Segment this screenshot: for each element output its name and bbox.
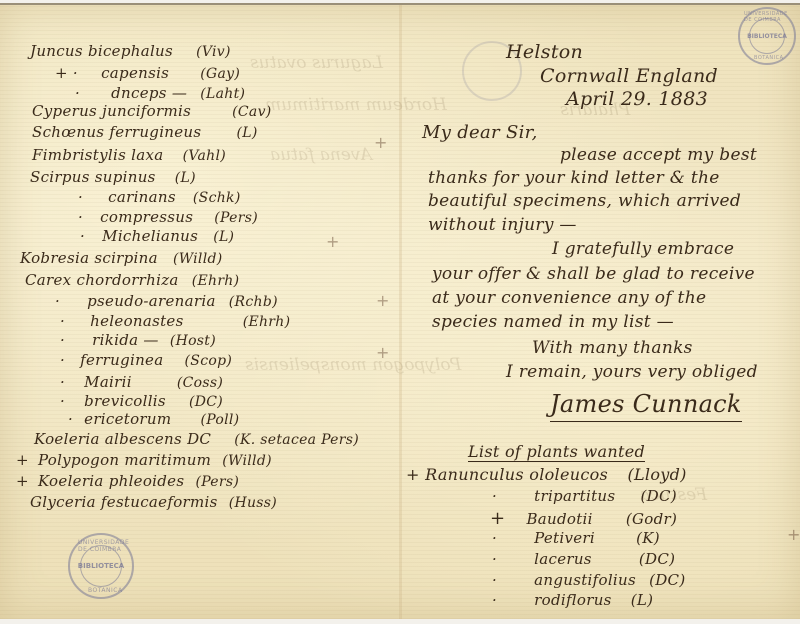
species-author: (Ehrh) xyxy=(243,314,291,330)
stamp-ring-text: BOTANICA xyxy=(88,587,123,594)
list-item: · carinans (Schk) xyxy=(78,188,241,206)
signature: James Cunnack xyxy=(550,390,742,422)
species-name: tripartitus xyxy=(534,487,615,505)
list-item: Glyceria festucaeformis (Huss) xyxy=(30,493,277,511)
letter-date: April 29. 1883 xyxy=(566,88,708,110)
list-item: · ericetorum (Poll) xyxy=(68,410,239,428)
list-mark: · xyxy=(78,208,83,226)
species-author: (Ehrh) xyxy=(192,273,240,289)
wanted-list-title: List of plants wanted xyxy=(468,442,645,462)
list-mark: + · xyxy=(55,64,78,82)
list-mark: · xyxy=(60,351,65,369)
stamp-label: BIBLIOTECA xyxy=(747,33,787,40)
list-mark: · xyxy=(492,529,497,547)
species-name: angustifolius xyxy=(534,571,636,589)
list-mark: + xyxy=(16,451,29,469)
species-author: (Pers) xyxy=(195,474,239,490)
species-author: (Vahl) xyxy=(183,148,226,164)
list-mark: · xyxy=(75,84,80,102)
cross-mark: + xyxy=(376,291,389,310)
species-author: (Laht) xyxy=(200,86,245,102)
list-item: Scirpus supinus (L) xyxy=(30,168,196,186)
bleed-through-text: Hordeum maritimum xyxy=(265,95,447,115)
list-mark: · xyxy=(492,550,497,568)
list-item: + Polypogon maritimum (Willd) xyxy=(16,451,272,469)
list-item: Carex chordorrhiza (Ehrh) xyxy=(25,271,239,289)
wanted-item: · angustifolius (DC) xyxy=(492,571,685,589)
list-mark: · xyxy=(68,410,73,428)
list-mark: · xyxy=(492,487,497,505)
species-name: Juncus bicephalus xyxy=(30,42,173,60)
list-item: · Michelianus (L) xyxy=(80,227,234,245)
species-name: Koeleria albescens DC xyxy=(34,430,211,448)
species-author: (Willd) xyxy=(173,251,223,267)
species-author: (Coss) xyxy=(177,375,223,391)
species-name: Fimbristylis laxa xyxy=(32,146,164,164)
species-name: Baudotii xyxy=(526,510,592,528)
species-name: ericetorum xyxy=(84,410,171,428)
list-item: + Koeleria phleoides (Pers) xyxy=(16,472,239,490)
list-item: · pseudo-arenaria (Rchb) xyxy=(55,292,278,310)
species-name: Carex chordorrhiza xyxy=(25,271,179,289)
letter-place: Helston xyxy=(506,41,583,63)
library-stamp: UNIVERSIDADE DE COIMBRA BIBLIOTECA BOTAN… xyxy=(68,533,134,599)
list-mark: · xyxy=(492,591,497,609)
species-author: (Huss) xyxy=(229,495,277,511)
stamp-ring-text: BOTANICA xyxy=(754,55,784,61)
body-line: at your convenience any of the xyxy=(432,288,706,308)
list-mark: + xyxy=(16,472,29,490)
list-item: Kobresia scirpina (Willd) xyxy=(20,249,223,267)
list-item: Juncus bicephalus (Viv) xyxy=(30,42,231,60)
species-name: Scirpus supinus xyxy=(30,168,156,186)
species-name: capensis xyxy=(101,64,169,82)
species-author: (Lloyd) xyxy=(627,465,686,484)
species-name: Petiveri xyxy=(534,529,595,547)
list-item: · compressus (Pers) xyxy=(78,208,258,226)
bleed-through-text: Polypogon monspeliensis xyxy=(245,355,461,375)
species-author: (DC) xyxy=(639,550,675,568)
species-author: (DC) xyxy=(640,487,676,505)
species-author: (K) xyxy=(636,529,660,547)
species-author: (L) xyxy=(236,125,257,141)
species-author: (Viv) xyxy=(196,44,231,60)
body-line: your offer & shall be glad to receive xyxy=(432,264,755,284)
species-name: lacerus xyxy=(534,550,592,568)
body-line: beautiful specimens, which arrived xyxy=(428,191,741,211)
bleed-through-text: Avena fatua xyxy=(270,145,372,165)
species-author: (Gay) xyxy=(200,66,240,82)
species-name: rikida — xyxy=(92,331,159,349)
list-item: · rikida — (Host) xyxy=(60,331,216,349)
species-author: (Cav) xyxy=(232,104,271,120)
list-item: · Mairii (Coss) xyxy=(60,373,223,391)
list-mark: + xyxy=(406,465,420,484)
letter-region: Cornwall England xyxy=(540,65,718,87)
species-name: carinans xyxy=(108,188,176,206)
species-name: Kobresia scirpina xyxy=(20,249,158,267)
list-item: Fimbristylis laxa (Vahl) xyxy=(32,146,226,164)
species-name: compressus xyxy=(100,208,193,226)
species-name: rodiflorus xyxy=(534,591,612,609)
list-mark: · xyxy=(55,292,60,310)
species-name: Schœnus ferrugineus xyxy=(32,123,201,141)
body-line: species named in my list — xyxy=(432,312,674,332)
wanted-item: + Ranunculus ololeucos (Lloyd) xyxy=(406,465,687,484)
species-name: heleonastes xyxy=(90,312,183,330)
wanted-item: + Baudotii (Godr) xyxy=(490,508,677,529)
list-item: · brevicollis (DC) xyxy=(60,392,223,410)
wanted-item: · lacerus (DC) xyxy=(492,550,675,568)
list-item: + · capensis (Gay) xyxy=(55,64,240,82)
species-name: Ranunculus ololeucos xyxy=(425,465,608,484)
cross-mark: + xyxy=(374,133,387,152)
body-line: without injury — xyxy=(428,215,577,235)
species-name: Michelianus xyxy=(102,227,198,245)
species-author: (Host) xyxy=(170,333,216,349)
species-name: Cyperus junciformis xyxy=(32,102,191,120)
species-name: Glyceria festucaeformis xyxy=(30,493,218,511)
list-mark: · xyxy=(60,331,65,349)
list-item: · dnceps — (Laht) xyxy=(75,84,245,102)
species-author: (Rchb) xyxy=(229,294,278,310)
species-name: brevicollis xyxy=(84,392,166,410)
species-author: (DC) xyxy=(189,394,223,410)
wanted-item: · Petiveri (K) xyxy=(492,529,660,547)
species-author: (Pers) xyxy=(214,210,258,226)
list-mark: · xyxy=(60,392,65,410)
species-name: dnceps — xyxy=(111,84,187,102)
salutation: My dear Sir, xyxy=(422,122,538,143)
letter-sheet: Lagurus ovatus Hordeum maritimum Avena f… xyxy=(0,3,800,619)
species-author: (DC) xyxy=(649,571,685,589)
list-mark: · xyxy=(60,373,65,391)
stamp-center: BIBLIOTECA xyxy=(749,18,785,54)
species-author: (K. setacea Pers) xyxy=(234,432,359,448)
species-name: pseudo-arenaria xyxy=(87,292,216,310)
species-author: (Willd) xyxy=(222,453,272,469)
body-line: I gratefully embrace xyxy=(552,239,734,259)
list-item: Cyperus junciformis (Cav) xyxy=(32,102,272,120)
stamp-label: BIBLIOTECA xyxy=(78,562,124,570)
list-mark: · xyxy=(492,571,497,589)
body-line: thanks for your kind letter & the xyxy=(428,168,720,188)
list-mark: · xyxy=(80,227,85,245)
stamp-ring-text: UNIVERSIDADE DE COIMBRA xyxy=(744,11,794,23)
list-mark: · xyxy=(78,188,83,206)
list-item: Koeleria albescens DC (K. setacea Pers) xyxy=(34,430,359,448)
closing-line: With many thanks xyxy=(532,338,693,358)
cross-mark: + xyxy=(326,232,339,251)
species-name: ferruginea xyxy=(80,351,163,369)
species-author: (Poll) xyxy=(200,412,239,428)
wanted-item: · tripartitus (DC) xyxy=(492,487,677,505)
list-item: · ferruginea (Scop) xyxy=(60,351,232,369)
species-name: Mairii xyxy=(84,373,132,391)
species-name: Polypogon maritimum xyxy=(38,451,211,469)
cross-mark: + xyxy=(376,343,389,362)
body-line: please accept my best xyxy=(560,145,757,165)
species-author: (L) xyxy=(631,591,654,609)
stamp-ring-text: UNIVERSIDADE DE COIMBRA xyxy=(78,539,132,553)
species-author: (Godr) xyxy=(626,510,677,528)
species-author: (Schk) xyxy=(193,190,241,206)
species-author: (Scop) xyxy=(185,353,233,369)
closing-line: I remain, yours very obliged xyxy=(506,362,758,382)
species-author: (L) xyxy=(213,229,234,245)
library-stamp: UNIVERSIDADE DE COIMBRA BIBLIOTECA BOTAN… xyxy=(738,7,796,65)
list-item: · heleonastes (Ehrh) xyxy=(60,312,290,330)
list-item: Schœnus ferrugineus (L) xyxy=(32,123,258,141)
wanted-item: · rodiflorus (L) xyxy=(492,591,653,609)
species-author: (L) xyxy=(175,170,196,186)
list-mark: · xyxy=(60,312,65,330)
cross-mark: + xyxy=(787,525,800,544)
bleed-through-text: Lagurus ovatus xyxy=(250,53,383,73)
list-mark: + xyxy=(490,508,505,529)
species-name: Koeleria phleoides xyxy=(38,472,184,490)
